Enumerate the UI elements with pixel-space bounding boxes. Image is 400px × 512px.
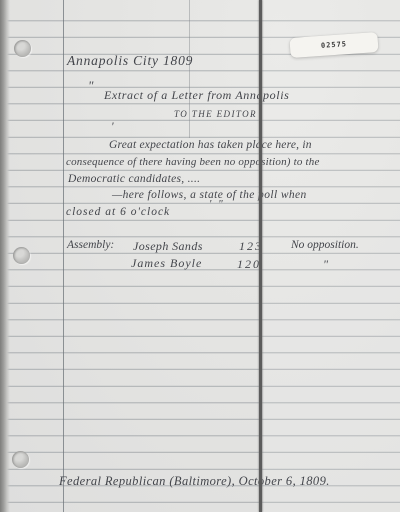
citation: Federal Republican (Baltimore), October … <box>59 474 330 489</box>
body-line-5: closed at 6 o'clock <box>66 206 170 220</box>
margin-line <box>63 0 64 512</box>
hole-punch <box>13 247 30 264</box>
scan-left-edge <box>0 0 10 512</box>
body-line-3: Democratic candidates, .... <box>68 173 200 187</box>
opposition-note: No opposition. <box>291 239 359 253</box>
editor-line: TO THE EDITOR <box>174 109 257 120</box>
catalog-number: 02575 <box>321 40 348 50</box>
candidate-name: Joseph Sands <box>133 239 203 253</box>
closing-quote-marks: ' " <box>209 198 225 211</box>
fold-line <box>259 0 262 512</box>
hole-punch <box>12 451 29 468</box>
candidate-name: James Boyle <box>131 256 202 270</box>
inner-quote-mark: ' <box>111 119 114 133</box>
page-right-section <box>262 0 400 512</box>
scanned-page: 02575 Annapolis City 1809 " Extract of a… <box>0 0 400 512</box>
poll-office-label: Assembly: <box>67 239 114 253</box>
ditto-mark: " <box>323 257 328 271</box>
vote-count: 120 <box>237 257 261 271</box>
hole-punch <box>14 40 31 57</box>
body-line-1: Great expectation has taken place here, … <box>109 139 312 153</box>
open-quote-mark: " <box>88 78 93 94</box>
heading: Annapolis City 1809 <box>67 53 193 69</box>
body-line-2: consequence of there having been no oppo… <box>66 156 320 169</box>
